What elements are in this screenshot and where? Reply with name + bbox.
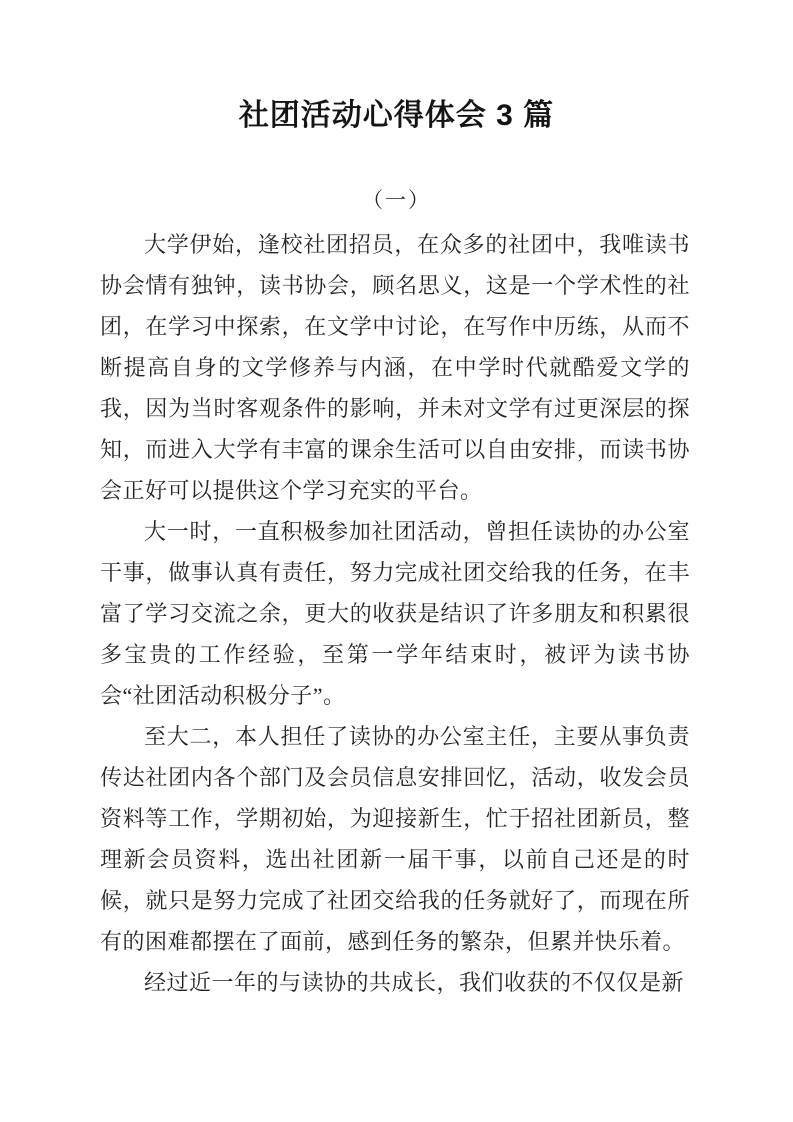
paragraph-3: 至大二，本人担任了读协的办公室主任，主要从事负责传达社团内各个部门及会员信息安排… <box>100 716 690 962</box>
paragraph-4: 经过近一年的与读协的共成长，我们收获的不仅仅是新 <box>100 962 690 1003</box>
document-body: 大学伊始，逢校社团招员，在众多的社团中，我唯读书协会情有独钟，读书协会，顾名思义… <box>100 224 690 1003</box>
document-page: 社团活动心得体会 3 篇 （一） 大学伊始，逢校社团招员，在众多的社团中，我唯读… <box>0 0 793 1122</box>
paragraph-1: 大学伊始，逢校社团招员，在众多的社团中，我唯读书协会情有独钟，读书协会，顾名思义… <box>100 224 690 511</box>
paragraph-2: 大一时，一直积极参加社团活动，曾担任读协的办公室干事，做事认真有责任，努力完成社… <box>100 511 690 716</box>
section-number-label: （一） <box>0 186 793 214</box>
document-title: 社团活动心得体会 3 篇 <box>0 96 793 136</box>
